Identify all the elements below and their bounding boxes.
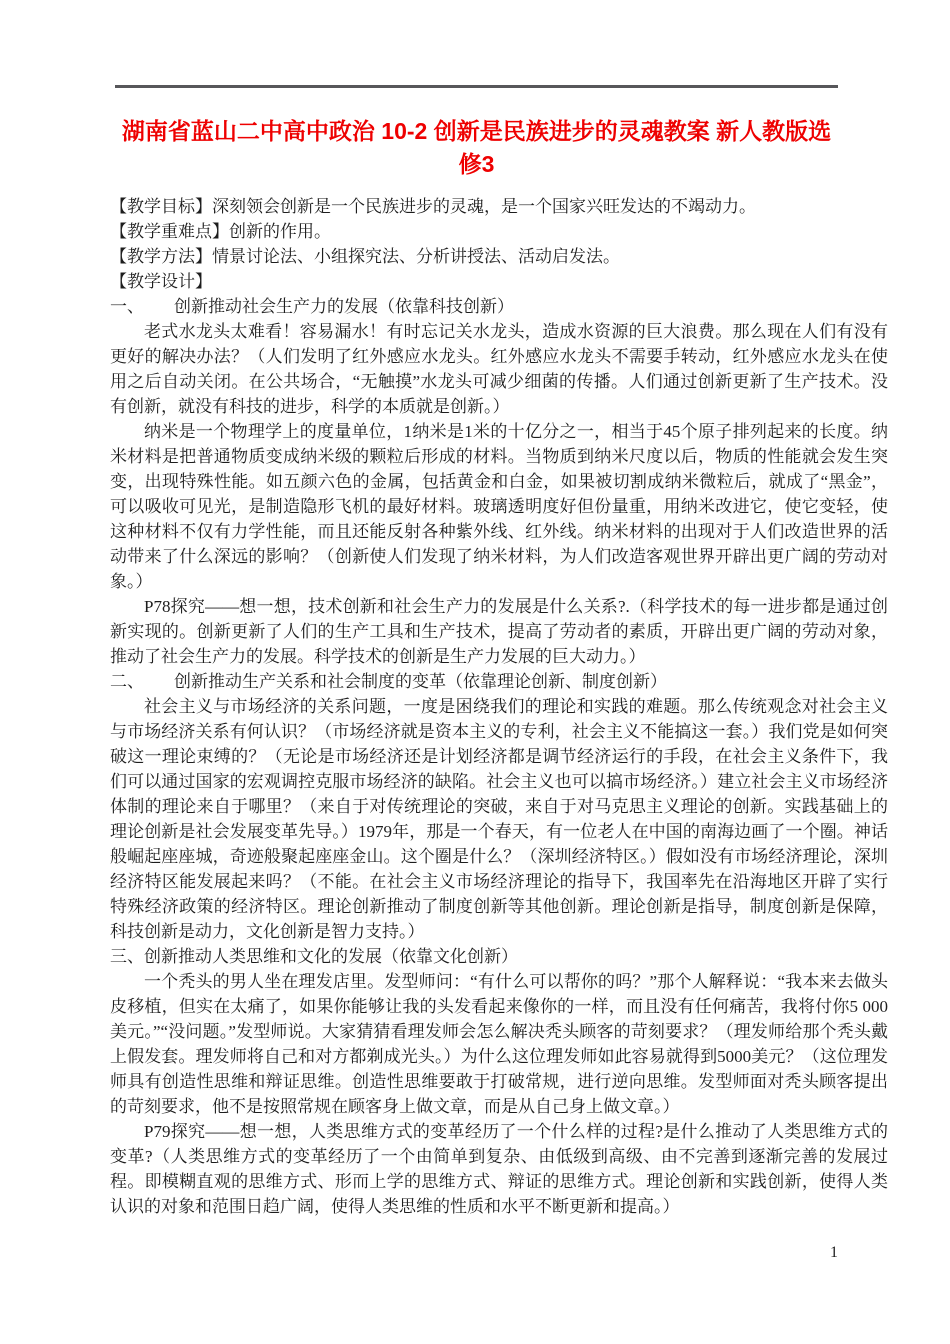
heading-section-3-number: 三、 bbox=[110, 944, 144, 969]
page-footer: 1 bbox=[830, 1243, 838, 1263]
document-body: 【教学目标】深刻领会创新是一个民族进步的灵魂，是一个国家兴旺发达的不竭动力。 【… bbox=[110, 194, 888, 1219]
para-p78-inquiry: P78探究——想一想，技术创新和社会生产力的发展是什么关系?.（科学技术的每一进… bbox=[110, 594, 888, 669]
document-page: 湖南省蓝山二中高中政治 10-2 创新是民族进步的灵魂教案 新人教版选修3 【教… bbox=[0, 0, 950, 1344]
heading-section-2-label: 创新推动生产关系和社会制度的变革（依靠理论创新、制度创新） bbox=[174, 672, 667, 691]
para-teaching-objectives: 【教学目标】深刻领会创新是一个民族进步的灵魂，是一个国家兴旺发达的不竭动力。 bbox=[110, 194, 888, 219]
heading-section-3: 三、创新推动人类思维和文化的发展（依靠文化创新） bbox=[110, 944, 888, 969]
title-divider bbox=[115, 85, 838, 88]
para-faucet-example: 老式水龙头太难看！容易漏水！有时忘记关水龙头，造成水资源的巨大浪费。那么现在人们… bbox=[110, 319, 888, 419]
heading-section-1-label: 创新推动社会生产力的发展（依靠科技创新） bbox=[174, 297, 514, 316]
para-p79-inquiry: P79探究——想一想，人类思维方式的变革经历了一个什么样的过程?是什么推动了人类… bbox=[110, 1119, 888, 1219]
para-barber-story: 一个秃头的男人坐在理发店里。发型师问：“有什么可以帮你的吗？”那个人解释说：“我… bbox=[110, 969, 888, 1119]
heading-section-2-number: 二、 bbox=[110, 669, 144, 694]
heading-section-1-number: 一、 bbox=[110, 294, 144, 319]
para-market-economy: 社会主义与市场经济的关系问题，一度是困绕我们的理论和实践的难题。那么传统观念对社… bbox=[110, 694, 888, 944]
para-teaching-focus: 【教学重难点】创新的作用。 bbox=[110, 219, 888, 244]
page-number: 1 bbox=[830, 1244, 838, 1261]
para-teaching-methods: 【教学方法】情景讨论法、小组探究法、分析讲授法、活动启发法。 bbox=[110, 244, 888, 269]
para-nano-material-example: 纳米是一个物理学上的度量单位，1纳米是1米的十亿分之一，相当于45个原子排列起来… bbox=[110, 419, 888, 594]
heading-section-2: 二、创新推动生产关系和社会制度的变革（依靠理论创新、制度创新） bbox=[110, 669, 888, 694]
heading-section-3-label: 创新推动人类思维和文化的发展（依靠文化创新） bbox=[144, 947, 518, 966]
para-teaching-design: 【教学设计】 bbox=[110, 269, 888, 294]
heading-section-1: 一、创新推动社会生产力的发展（依靠科技创新） bbox=[110, 294, 888, 319]
page-title: 湖南省蓝山二中高中政治 10-2 创新是民族进步的灵魂教案 新人教版选修3 bbox=[115, 115, 838, 181]
